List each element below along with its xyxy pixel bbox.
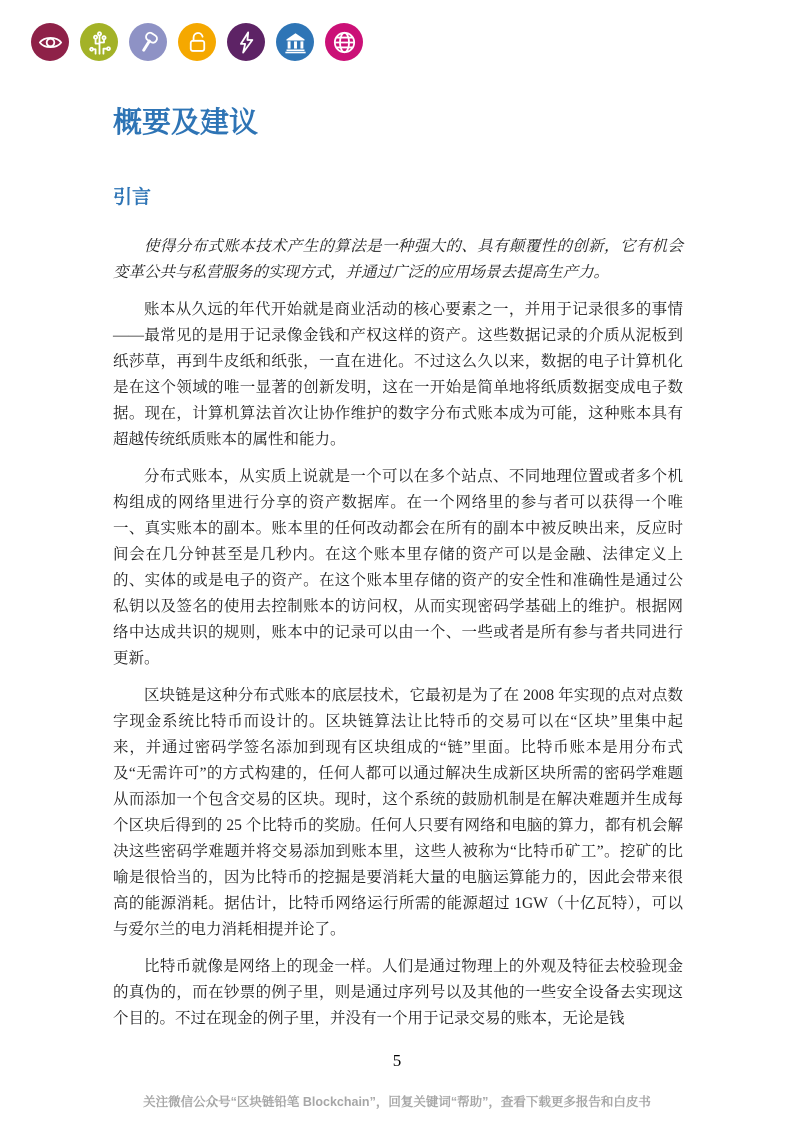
page-number: 5 bbox=[0, 1051, 794, 1071]
circuit-tree-icon bbox=[80, 23, 118, 61]
paragraph-distributed-ledger-definition: 分布式账本，从实质上说就是一个可以在多个站点、不同地理位置或者多个机构组成的网络… bbox=[113, 464, 683, 672]
globe-icon bbox=[325, 23, 363, 61]
footer-wechat-note: 关注微信公众号“区块链铅笔 Blockchain”，回复关键词“帮助”，查看下载… bbox=[0, 1092, 794, 1110]
theme-icons-row bbox=[31, 23, 363, 61]
gavel-icon bbox=[129, 23, 167, 61]
document-content: 概要及建议 引言 使得分布式账本技术产生的算法是一种强大的、具有颠覆性的创新，它… bbox=[113, 106, 683, 1032]
eye-icon bbox=[31, 23, 69, 61]
bank-icon bbox=[276, 23, 314, 61]
paragraph-bitcoin-cash-analogy: 比特币就像是网络上的现金一样。人们是通过物理上的外观及特征去校验现金的真伪的，而… bbox=[113, 954, 683, 1032]
page-title: 概要及建议 bbox=[113, 106, 683, 140]
paragraph-blockchain-bitcoin: 区块链是这种分布式账本的底层技术，它最初是为了在 2008 年实现的点对点数字现… bbox=[113, 683, 683, 943]
paragraph-ledger-history: 账本从久远的年代开始就是商业活动的核心要素之一，并用于记录很多的事情——最常见的… bbox=[113, 297, 683, 453]
lightning-icon bbox=[227, 23, 265, 61]
section-heading-introduction: 引言 bbox=[113, 186, 683, 209]
paragraph-lead-quote: 使得分布式账本技术产生的算法是一种强大的、具有颠覆性的创新，它有机会变革公共与私… bbox=[113, 234, 683, 286]
open-padlock-icon bbox=[178, 23, 216, 61]
document-page: 概要及建议 引言 使得分布式账本技术产生的算法是一种强大的、具有颠覆性的创新，它… bbox=[0, 0, 794, 1123]
